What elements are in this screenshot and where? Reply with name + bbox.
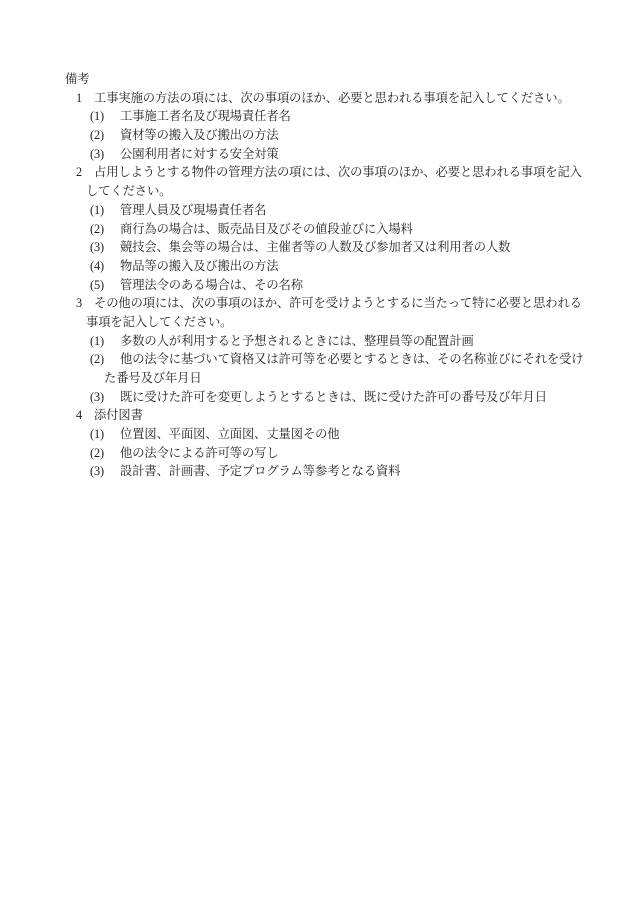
section-4-item-1: (1)位置図、平面図、立面図、丈量図その他 (0, 425, 630, 444)
item-marker: (2) (90, 444, 120, 463)
item-marker: (1) (90, 201, 120, 220)
section-2-item-2: (2)商行為の場合は、販売品目及びその値段並びに入場料 (0, 220, 630, 239)
section-4-heading: 4添付図書 (0, 406, 630, 425)
item-marker: (2) (90, 220, 120, 239)
item-marker: (1) (90, 425, 120, 444)
section-4-number: 4 (76, 406, 94, 425)
section-1-item-3: (3)公園利用者に対する安全対策 (0, 145, 630, 164)
item-marker: (3) (90, 388, 120, 407)
item-text: 公園利用者に対する安全対策 (120, 147, 279, 161)
item-marker: (2) (90, 350, 120, 369)
item-marker: (3) (90, 462, 120, 481)
section-4-item-3: (3)設計書、計画書、予定プログラム等参考となる資料 (0, 462, 630, 481)
section-1-number: 1 (76, 89, 94, 108)
section-2-item-4: (4)物品等の搬入及び搬出の方法 (0, 257, 630, 276)
document-page: 備考 1工事実施の方法の項には、次の事項のほか、必要と思われる事項を記入してくだ… (0, 0, 630, 903)
item-text: 管理法令のある場合は、その名称 (120, 278, 303, 292)
section-2-heading: 2占用しようとする物件の管理方法の項には、次の事項のほか、必要と思われる事項を記… (0, 163, 630, 182)
item-marker: (3) (90, 145, 120, 164)
section-1-heading: 1工事実施の方法の項には、次の事項のほか、必要と思われる事項を記入してください。 (0, 89, 630, 108)
item-text: 工事施工者名及び現場責任者名 (120, 109, 291, 123)
section-2-heading-text: 占用しようとする物件の管理方法の項には、次の事項のほか、必要と思われる事項を記入 (94, 165, 582, 179)
item-text: 物品等の搬入及び搬出の方法 (120, 259, 279, 273)
item-text: 設計書、計画書、予定プログラム等参考となる資料 (120, 464, 400, 478)
item-text: 競技会、集会等の場合は、主催者等の人数及び参加者又は利用者の人数 (120, 240, 510, 254)
section-2-item-5: (5)管理法令のある場合は、その名称 (0, 276, 630, 295)
remarks-title: 備考 (0, 70, 630, 89)
section-3-heading-text: その他の項には、次の事項のほか、許可を受けようとするに当たって特に必要と思われる (94, 296, 582, 310)
section-1-heading-text: 工事実施の方法の項には、次の事項のほか、必要と思われる事項を記入してください。 (94, 91, 570, 105)
item-text: 他の法令に基づいて資格又は許可等を必要とするときは、その名称並びにそれを受け (120, 352, 583, 366)
section-3-number: 3 (76, 294, 94, 313)
item-text: 商行為の場合は、販売品目及びその値段並びに入場料 (120, 222, 413, 236)
section-2-item-3: (3)競技会、集会等の場合は、主催者等の人数及び参加者又は利用者の人数 (0, 238, 630, 257)
section-3-item-2: (2)他の法令に基づいて資格又は許可等を必要とするときは、その名称並びにそれを受… (0, 350, 630, 369)
item-marker: (5) (90, 276, 120, 295)
item-text: 他の法令による許可等の写し (120, 446, 279, 460)
section-2-number: 2 (76, 163, 94, 182)
item-text: 既に受けた許可を変更しようとするときは、既に受けた許可の番号及び年月日 (120, 390, 547, 404)
item-text: 管理人員及び現場責任者名 (120, 203, 266, 217)
section-4-heading-text: 添付図書 (94, 408, 143, 422)
item-marker: (2) (90, 126, 120, 145)
section-3-item-1: (1)多数の人が利用すると予想されるときには、整理員等の配置計画 (0, 332, 630, 351)
item-text: 多数の人が利用すると予想されるときには、整理員等の配置計画 (120, 334, 474, 348)
item-marker: (1) (90, 332, 120, 351)
section-3-heading-continuation: 事項を記入してください。 (0, 313, 630, 332)
section-4-item-2: (2)他の法令による許可等の写し (0, 444, 630, 463)
item-text: 資材等の搬入及び搬出の方法 (120, 128, 279, 142)
item-marker: (4) (90, 257, 120, 276)
section-2-item-1: (1)管理人員及び現場責任者名 (0, 201, 630, 220)
section-2-heading-continuation: してください。 (0, 182, 630, 201)
item-marker: (3) (90, 238, 120, 257)
item-marker: (1) (90, 107, 120, 126)
remarks-block: 備考 1工事実施の方法の項には、次の事項のほか、必要と思われる事項を記入してくだ… (0, 70, 630, 481)
section-3-item-3: (3)既に受けた許可を変更しようとするときは、既に受けた許可の番号及び年月日 (0, 388, 630, 407)
item-text: 位置図、平面図、立面図、丈量図その他 (120, 427, 340, 441)
section-3-item-2-continuation: た番号及び年月日 (0, 369, 630, 388)
section-3-heading: 3その他の項には、次の事項のほか、許可を受けようとするに当たって特に必要と思われ… (0, 294, 630, 313)
section-1-item-1: (1)工事施工者名及び現場責任者名 (0, 107, 630, 126)
section-1-item-2: (2)資材等の搬入及び搬出の方法 (0, 126, 630, 145)
